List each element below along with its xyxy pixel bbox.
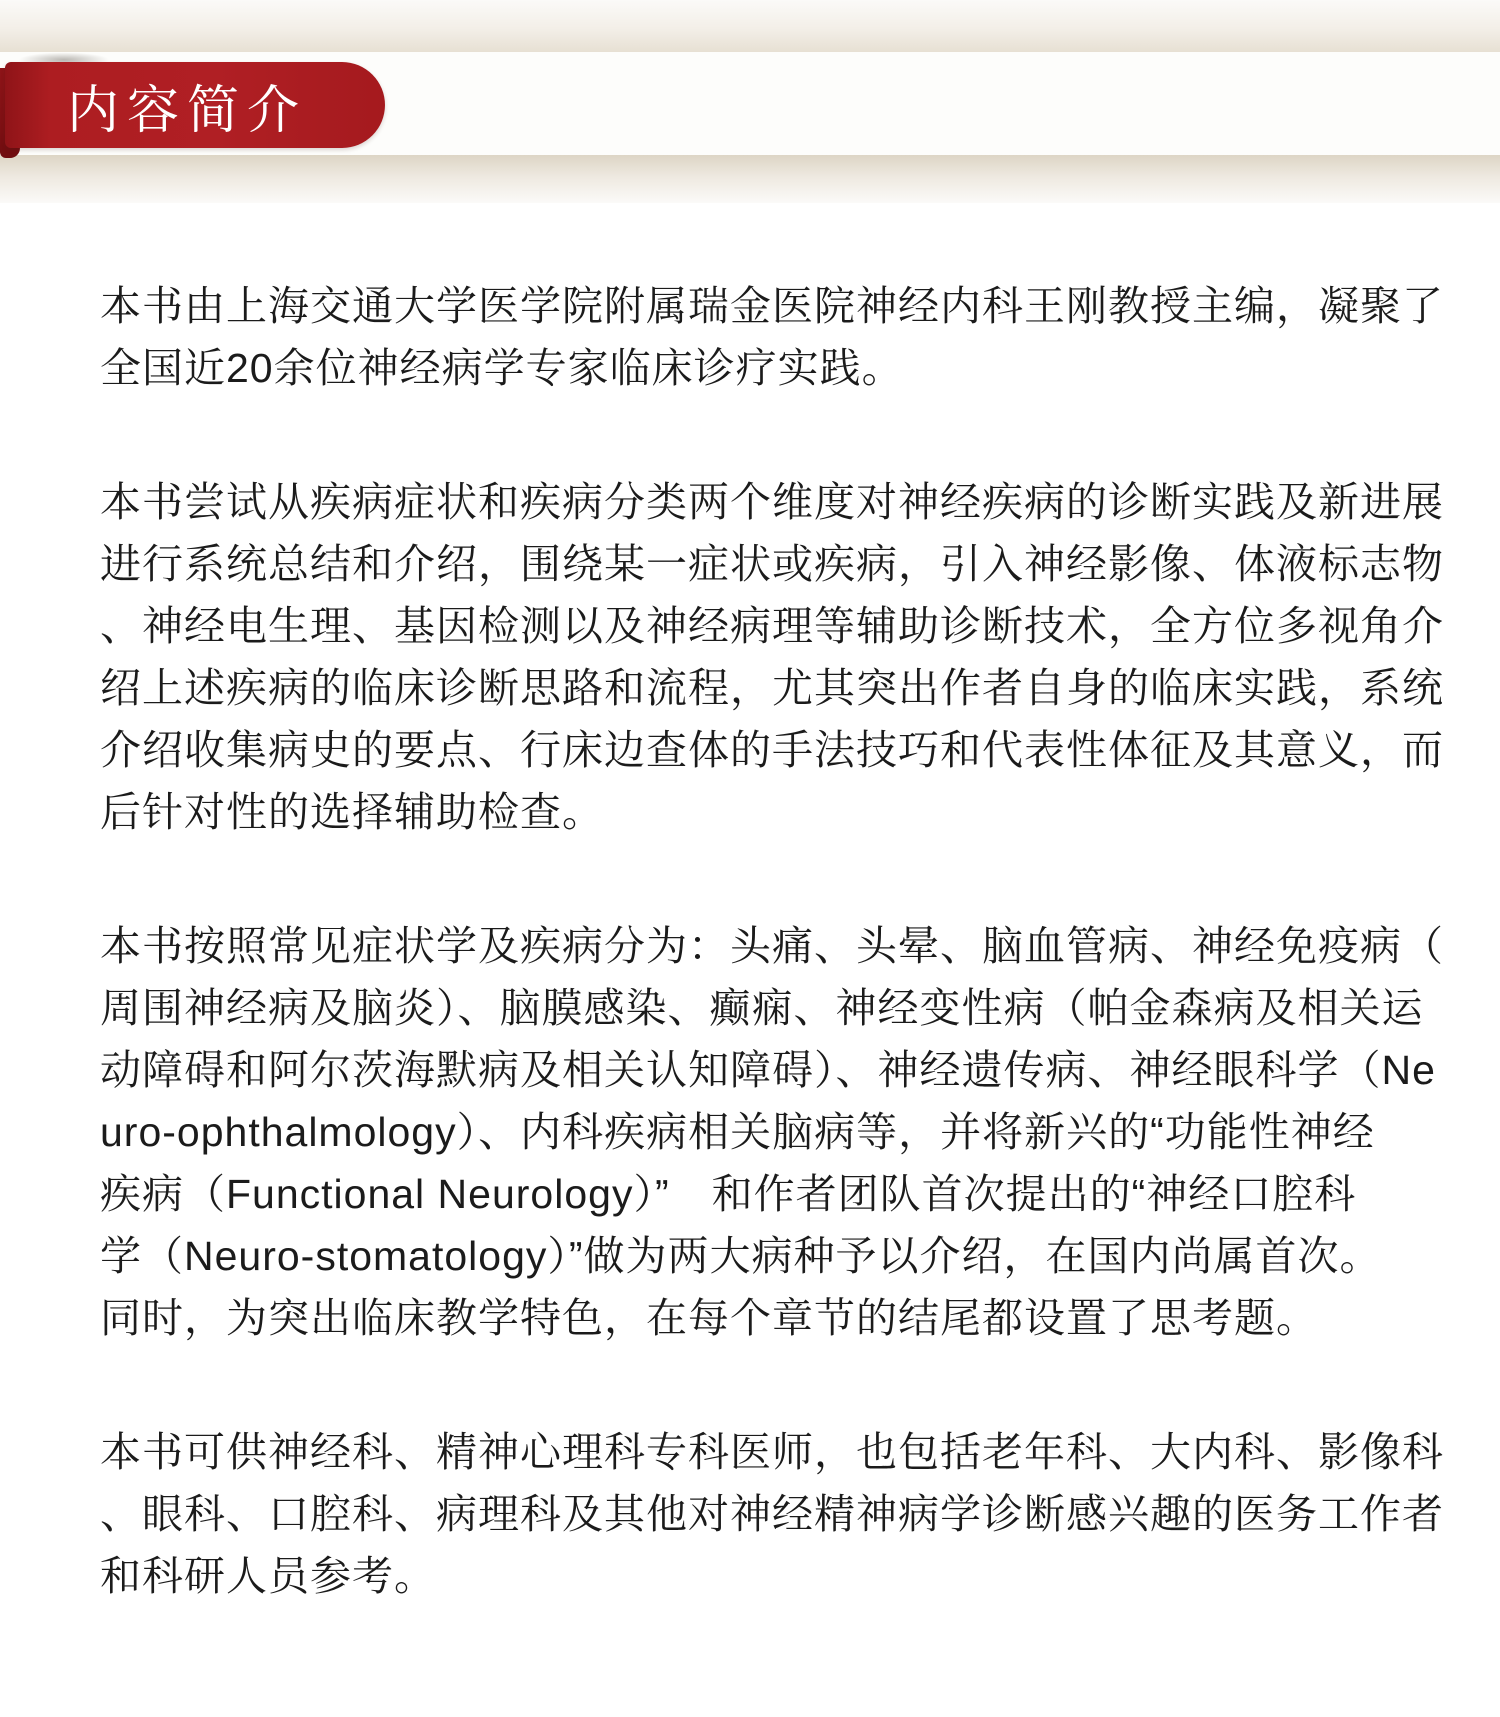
text-line: 学（Neuro-stomatology）”做为两大病种予以介绍，在国内尚属首次。	[100, 1225, 1460, 1287]
bottom-decorative-band	[0, 155, 1500, 203]
text-line: 周围神经病及脑炎）、脑膜感染、癫痫、神经变性病（帕金森病及相关运	[100, 977, 1460, 1039]
ribbon-row: 内容简介	[0, 52, 1500, 155]
text-line: 、神经电生理、基因检测以及神经病理等辅助诊断技术，全方位多视角介	[100, 595, 1460, 657]
paragraph-2: 本书尝试从疾病症状和疾病分类两个维度对神经疾病的诊断实践及新进展 进行系统总结和…	[100, 471, 1460, 843]
text-line: 绍上述疾病的临床诊断思路和流程，尤其突出作者自身的临床实践，系统	[100, 657, 1460, 719]
text-line: 同时，为突出临床教学特色，在每个章节的结尾都设置了思考题。	[100, 1287, 1460, 1349]
text-line: 后针对性的选择辅助检查。	[100, 781, 1460, 843]
section-title: 内容简介	[5, 68, 307, 143]
paragraph-3: 本书按照常见症状学及疾病分为：头痛、头晕、脑血管病、神经免疫病（ 周围神经病及脑…	[100, 915, 1460, 1349]
section-header-ribbon: 内容简介	[0, 62, 385, 148]
text-line: 本书可供神经科、精神心理科专科医师，也包括老年科、大内科、影像科	[100, 1421, 1460, 1483]
text-line: 本书按照常见症状学及疾病分为：头痛、头晕、脑血管病、神经免疫病（	[100, 915, 1460, 977]
text-line: 和科研人员参考。	[100, 1545, 1460, 1607]
text-line: 全国近20余位神经病学专家临床诊疗实践。	[100, 337, 1460, 399]
text-line: 本书尝试从疾病症状和疾病分类两个维度对神经疾病的诊断实践及新进展	[100, 471, 1460, 533]
top-decorative-band	[0, 0, 1500, 52]
paragraph-1: 本书由上海交通大学医学院附属瑞金医院神经内科王刚教授主编，凝聚了 全国近20余位…	[100, 275, 1460, 399]
book-description: 本书由上海交通大学医学院附属瑞金医院神经内科王刚教授主编，凝聚了 全国近20余位…	[0, 203, 1500, 1607]
text-line: 本书由上海交通大学医学院附属瑞金医院神经内科王刚教授主编，凝聚了	[100, 275, 1460, 337]
ribbon-pill: 内容简介	[5, 62, 385, 148]
text-line: 介绍收集病史的要点、行床边查体的手法技巧和代表性体征及其意义，而	[100, 719, 1460, 781]
text-line: 动障碍和阿尔茨海默病及相关认知障碍）、神经遗传病、神经眼科学（Ne	[100, 1039, 1460, 1101]
text-line: uro-ophthalmology）、内科疾病相关脑病等，并将新兴的“功能性神经	[100, 1101, 1460, 1163]
text-line: 、眼科、口腔科、病理科及其他对神经精神病学诊断感兴趣的医务工作者	[100, 1483, 1460, 1545]
text-line: 疾病（Functional Neurology）” 和作者团队首次提出的“神经口…	[100, 1163, 1460, 1225]
text-line: 进行系统总结和介绍，围绕某一症状或疾病，引入神经影像、体液标志物	[100, 533, 1460, 595]
page: 内容简介 本书由上海交通大学医学院附属瑞金医院神经内科王刚教授主编，凝聚了 全国…	[0, 0, 1500, 1717]
paragraph-4: 本书可供神经科、精神心理科专科医师，也包括老年科、大内科、影像科 、眼科、口腔科…	[100, 1421, 1460, 1607]
